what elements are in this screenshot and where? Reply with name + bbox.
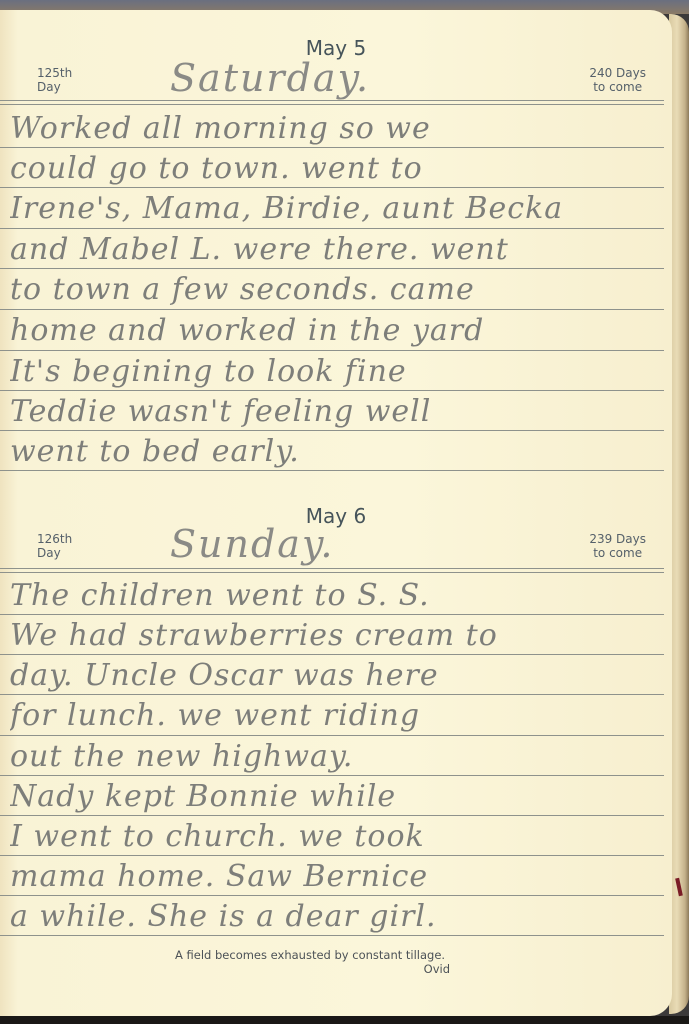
ruled-line bbox=[0, 895, 664, 896]
handwritten-line: for lunch. we went riding bbox=[10, 697, 660, 735]
ruled-line bbox=[0, 228, 664, 229]
handwritten-line: I went to church. we took bbox=[10, 818, 660, 856]
ruled-line bbox=[0, 935, 664, 936]
ruled-line bbox=[0, 855, 664, 856]
ruled-line bbox=[0, 350, 664, 351]
handwritten-line: We had strawberries cream to bbox=[10, 617, 660, 655]
day-of-year-number: 125th bbox=[37, 66, 72, 80]
day-of-year-label: Day bbox=[37, 80, 61, 94]
day-of-year-number: 126th bbox=[37, 532, 72, 546]
diary-page: May 5 125th Day 240 Days to come Saturda… bbox=[0, 10, 672, 1016]
day-of-year: 126th Day bbox=[37, 532, 72, 560]
footer-quote: A field becomes exhausted by constant ti… bbox=[175, 948, 450, 976]
entry-header-may-5: May 5 125th Day 240 Days to come Saturda… bbox=[0, 10, 672, 80]
handwritten-line: Teddie wasn't feeling well bbox=[10, 393, 660, 431]
printed-date: May 6 bbox=[0, 504, 672, 528]
handwritten-weekday: Sunday. bbox=[170, 522, 334, 566]
ruled-line bbox=[0, 614, 664, 615]
book-binding bbox=[669, 14, 689, 1014]
ruled-line bbox=[0, 694, 664, 695]
handwritten-line: home and worked in the yard bbox=[10, 312, 660, 350]
quote-author: Ovid bbox=[175, 962, 450, 976]
handwritten-line: mama home. Saw Bernice bbox=[10, 858, 660, 896]
day-of-year-label: Day bbox=[37, 546, 61, 560]
days-remaining-number: 240 Days bbox=[589, 66, 646, 80]
handwritten-line: a while. She is a dear girl. bbox=[10, 898, 660, 936]
ruled-line bbox=[0, 815, 664, 816]
handwritten-line: Nady kept Bonnie while bbox=[10, 778, 660, 816]
ruled-line bbox=[0, 268, 664, 269]
ruled-line bbox=[0, 470, 664, 471]
handwritten-weekday: Saturday. bbox=[170, 56, 370, 100]
ruled-line bbox=[0, 309, 664, 310]
ruled-line bbox=[0, 187, 664, 188]
handwritten-line: went to bed early. bbox=[10, 433, 660, 471]
ruled-line bbox=[0, 735, 664, 736]
days-remaining: 240 Days to come bbox=[589, 66, 646, 94]
handwritten-line: could go to town. went to bbox=[10, 150, 660, 188]
days-remaining-label: to come bbox=[593, 80, 642, 94]
book-bottom-edge bbox=[0, 1016, 689, 1024]
handwritten-line: to town a few seconds. came bbox=[10, 271, 660, 309]
handwritten-line: day. Uncle Oscar was here bbox=[10, 657, 660, 695]
ruled-line bbox=[0, 147, 664, 148]
ruled-line bbox=[0, 390, 664, 391]
ruled-line bbox=[0, 775, 664, 776]
handwritten-line: and Mabel L. were there. went bbox=[10, 231, 660, 269]
day-of-year: 125th Day bbox=[37, 66, 72, 94]
handwritten-line: out the new highway. bbox=[10, 738, 660, 776]
entry-header-may-6: May 6 126th Day 239 Days to come Sunday. bbox=[0, 478, 672, 548]
handwritten-line: Irene's, Mama, Birdie, aunt Becka bbox=[10, 190, 660, 228]
days-remaining-label: to come bbox=[593, 546, 642, 560]
header-double-rule bbox=[0, 568, 664, 569]
days-remaining: 239 Days to come bbox=[589, 532, 646, 560]
handwritten-line: Worked all morning so we bbox=[10, 110, 660, 148]
quote-text: A field becomes exhausted by constant ti… bbox=[175, 948, 445, 962]
handwritten-line: It's begining to look fine bbox=[10, 353, 660, 391]
header-double-rule bbox=[0, 100, 664, 101]
ruled-line bbox=[0, 654, 664, 655]
days-remaining-number: 239 Days bbox=[589, 532, 646, 546]
ruled-line bbox=[0, 430, 664, 431]
handwritten-line: The children went to S. S. bbox=[10, 577, 660, 615]
